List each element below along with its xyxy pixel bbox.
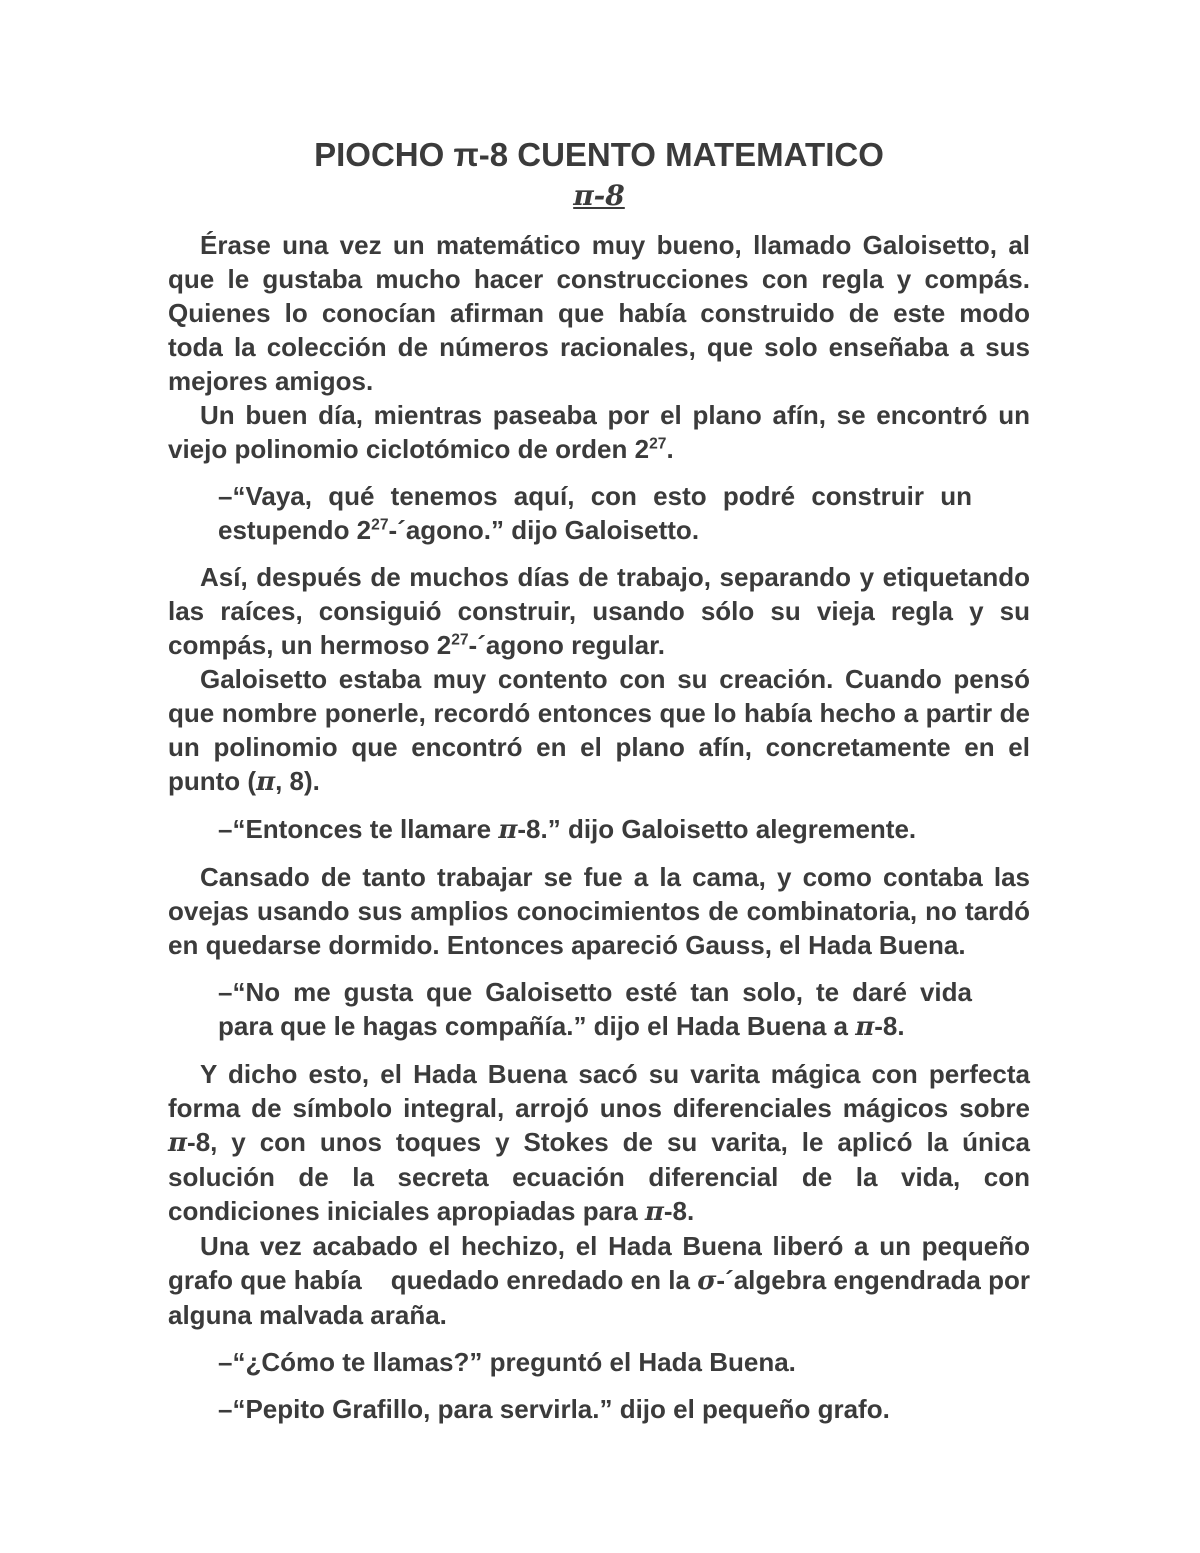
- quote-paragraph: –“Vaya, qué tenemos aquí, con esto podré…: [218, 479, 972, 547]
- math-symbol: π: [498, 815, 517, 845]
- superscript: 27: [371, 516, 388, 533]
- body-paragraph: Cansado de tanto trabajar se fue a la ca…: [168, 860, 1030, 962]
- body-paragraph: Y dicho esto, el Hada Buena sacó su vari…: [168, 1057, 1030, 1229]
- quote-paragraph: –“¿Cómo te llamas?” preguntó el Hada Bue…: [218, 1345, 972, 1379]
- math-symbol: σ: [697, 1266, 716, 1296]
- body-paragraph: Érase una vez un matemático muy bueno, l…: [168, 228, 1030, 398]
- math-symbol: π: [168, 1128, 187, 1158]
- superscript: 27: [451, 631, 468, 648]
- math-symbol: π: [645, 1197, 664, 1227]
- body-paragraph: Así, después de muchos días de trabajo, …: [168, 560, 1030, 662]
- math-symbol: π: [256, 767, 275, 797]
- quote-paragraph: –“Pepito Grafillo, para servirla.” dijo …: [218, 1392, 972, 1426]
- superscript: 27: [649, 435, 666, 452]
- document-title: PIOCHO π-8 CUENTO MATEMATICO: [168, 134, 1030, 176]
- body-paragraph: Un buen día, mientras paseaba por el pla…: [168, 398, 1030, 466]
- document-page: PIOCHO π-8 CUENTO MATEMATICO π-8 Érase u…: [0, 0, 1200, 1553]
- quote-paragraph: –“Entonces te llamare π-8.” dijo Galoise…: [218, 812, 972, 847]
- document-body: Érase una vez un matemático muy bueno, l…: [168, 228, 1030, 1426]
- body-paragraph: Galoisetto estaba muy contento con su cr…: [168, 662, 1030, 799]
- body-paragraph: Una vez acabado el hechizo, el Hada Buen…: [168, 1229, 1030, 1332]
- quote-paragraph: –“No me gusta que Galoisetto esté tan so…: [218, 975, 972, 1044]
- math-symbol: π: [855, 1012, 874, 1042]
- document-subtitle: π-8: [168, 178, 1030, 214]
